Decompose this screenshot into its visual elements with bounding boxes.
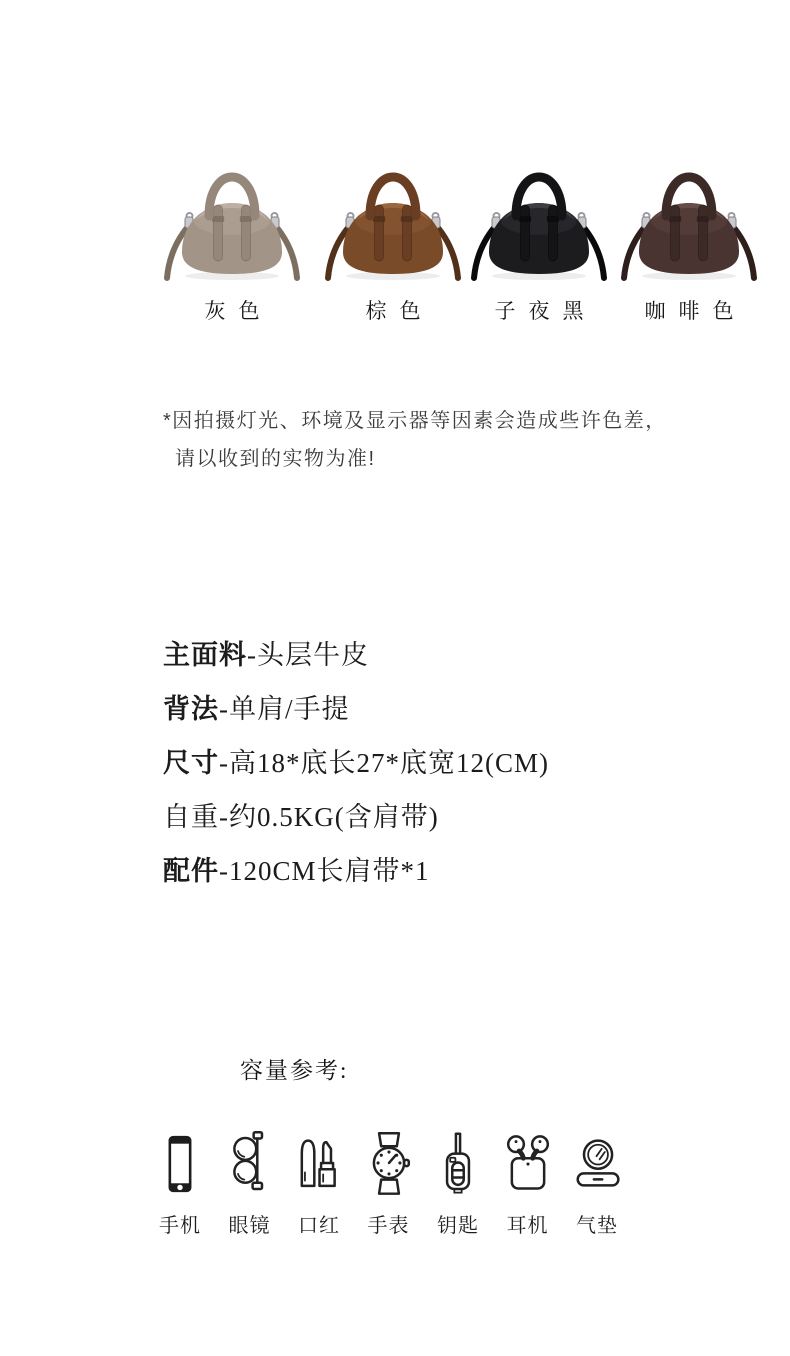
capacity-item-lipstick: 口红 [287,1130,351,1238]
spec-value: -120CM长肩带*1 [219,856,430,886]
color-option-brown: 棕色 [318,160,468,325]
capacity-item-phone: 手机 [148,1130,212,1238]
spec-label: 配件 [163,856,219,886]
spec-label: 尺寸 [163,748,219,778]
color-label-brown: 棕色 [318,295,468,325]
watch-icon [364,1130,414,1198]
spec-label: 主面料 [163,640,247,670]
spec-row-material: 主面料-头层牛皮 [163,642,549,669]
capacity-icons-row: 手机 眼镜 口红 [148,1130,629,1238]
color-label-gray: 灰色 [157,295,307,325]
color-difference-disclaimer: *因拍摄灯光、环境及显示器等因素会造成些许色差， 请以收到的实物为准! [163,402,667,478]
capacity-label: 手机 [159,1209,201,1238]
color-option-gray: 灰色 [157,160,307,325]
color-label-midnight-black: 子夜黑 [464,295,614,325]
spec-value: -单肩/手提 [219,694,350,724]
spec-row-carry-style: 背法-单肩/手提 [163,696,549,723]
spec-row-size: 尺寸-高18*底长27*底宽12(CM) [163,750,549,777]
handbag-photo-midnight-black [464,160,614,292]
color-label-coffee: 咖啡色 [614,295,764,325]
cushion-icon [572,1130,622,1198]
color-option-midnight-black: 子夜黑 [464,160,614,325]
capacity-item-key: 钥匙 [426,1130,490,1238]
color-option-coffee: 咖啡色 [614,160,764,325]
disclaimer-line-1: *因拍摄灯光、环境及显示器等因素会造成些许色差， [163,402,667,440]
capacity-label: 气垫 [576,1209,618,1238]
spec-value: -约0.5KG(含肩带) [219,802,439,832]
product-detail-page: { "page": { "background": "#ffffff" }, "… [0,0,790,1356]
capacity-item-earphones: 耳机 [496,1130,560,1238]
capacity-label: 手表 [368,1209,410,1238]
handbag-photo-gray [157,160,307,292]
earphones-icon [503,1130,553,1198]
spec-list: 主面料-头层牛皮 背法-单肩/手提 尺寸-高18*底长27*底宽12(CM) 自… [163,642,549,912]
capacity-label: 口红 [298,1209,340,1238]
capacity-section-title: 容量参考: [240,1052,348,1085]
capacity-item-watch: 手表 [357,1130,421,1238]
handbag-photo-coffee [614,160,764,292]
disclaimer-line-2: 请以收到的实物为准! [163,440,667,478]
lipstick-icon [294,1130,344,1198]
capacity-label: 钥匙 [437,1209,479,1238]
spec-label: 背法 [163,694,219,724]
capacity-label: 眼镜 [229,1209,271,1238]
handbag-photo-brown [318,160,468,292]
glasses-icon [225,1130,275,1198]
spec-label: 自重 [163,802,219,832]
capacity-item-glasses: 眼镜 [218,1130,282,1238]
spec-value: -高18*底长27*底宽12(CM) [219,748,549,778]
capacity-item-cushion: 气垫 [565,1130,629,1238]
key-icon [433,1130,483,1198]
capacity-label: 耳机 [507,1209,549,1238]
phone-icon [155,1130,205,1198]
spec-row-weight: 自重-约0.5KG(含肩带) [163,804,549,831]
spec-value: -头层牛皮 [247,640,369,670]
spec-row-accessory: 配件-120CM长肩带*1 [163,858,549,885]
